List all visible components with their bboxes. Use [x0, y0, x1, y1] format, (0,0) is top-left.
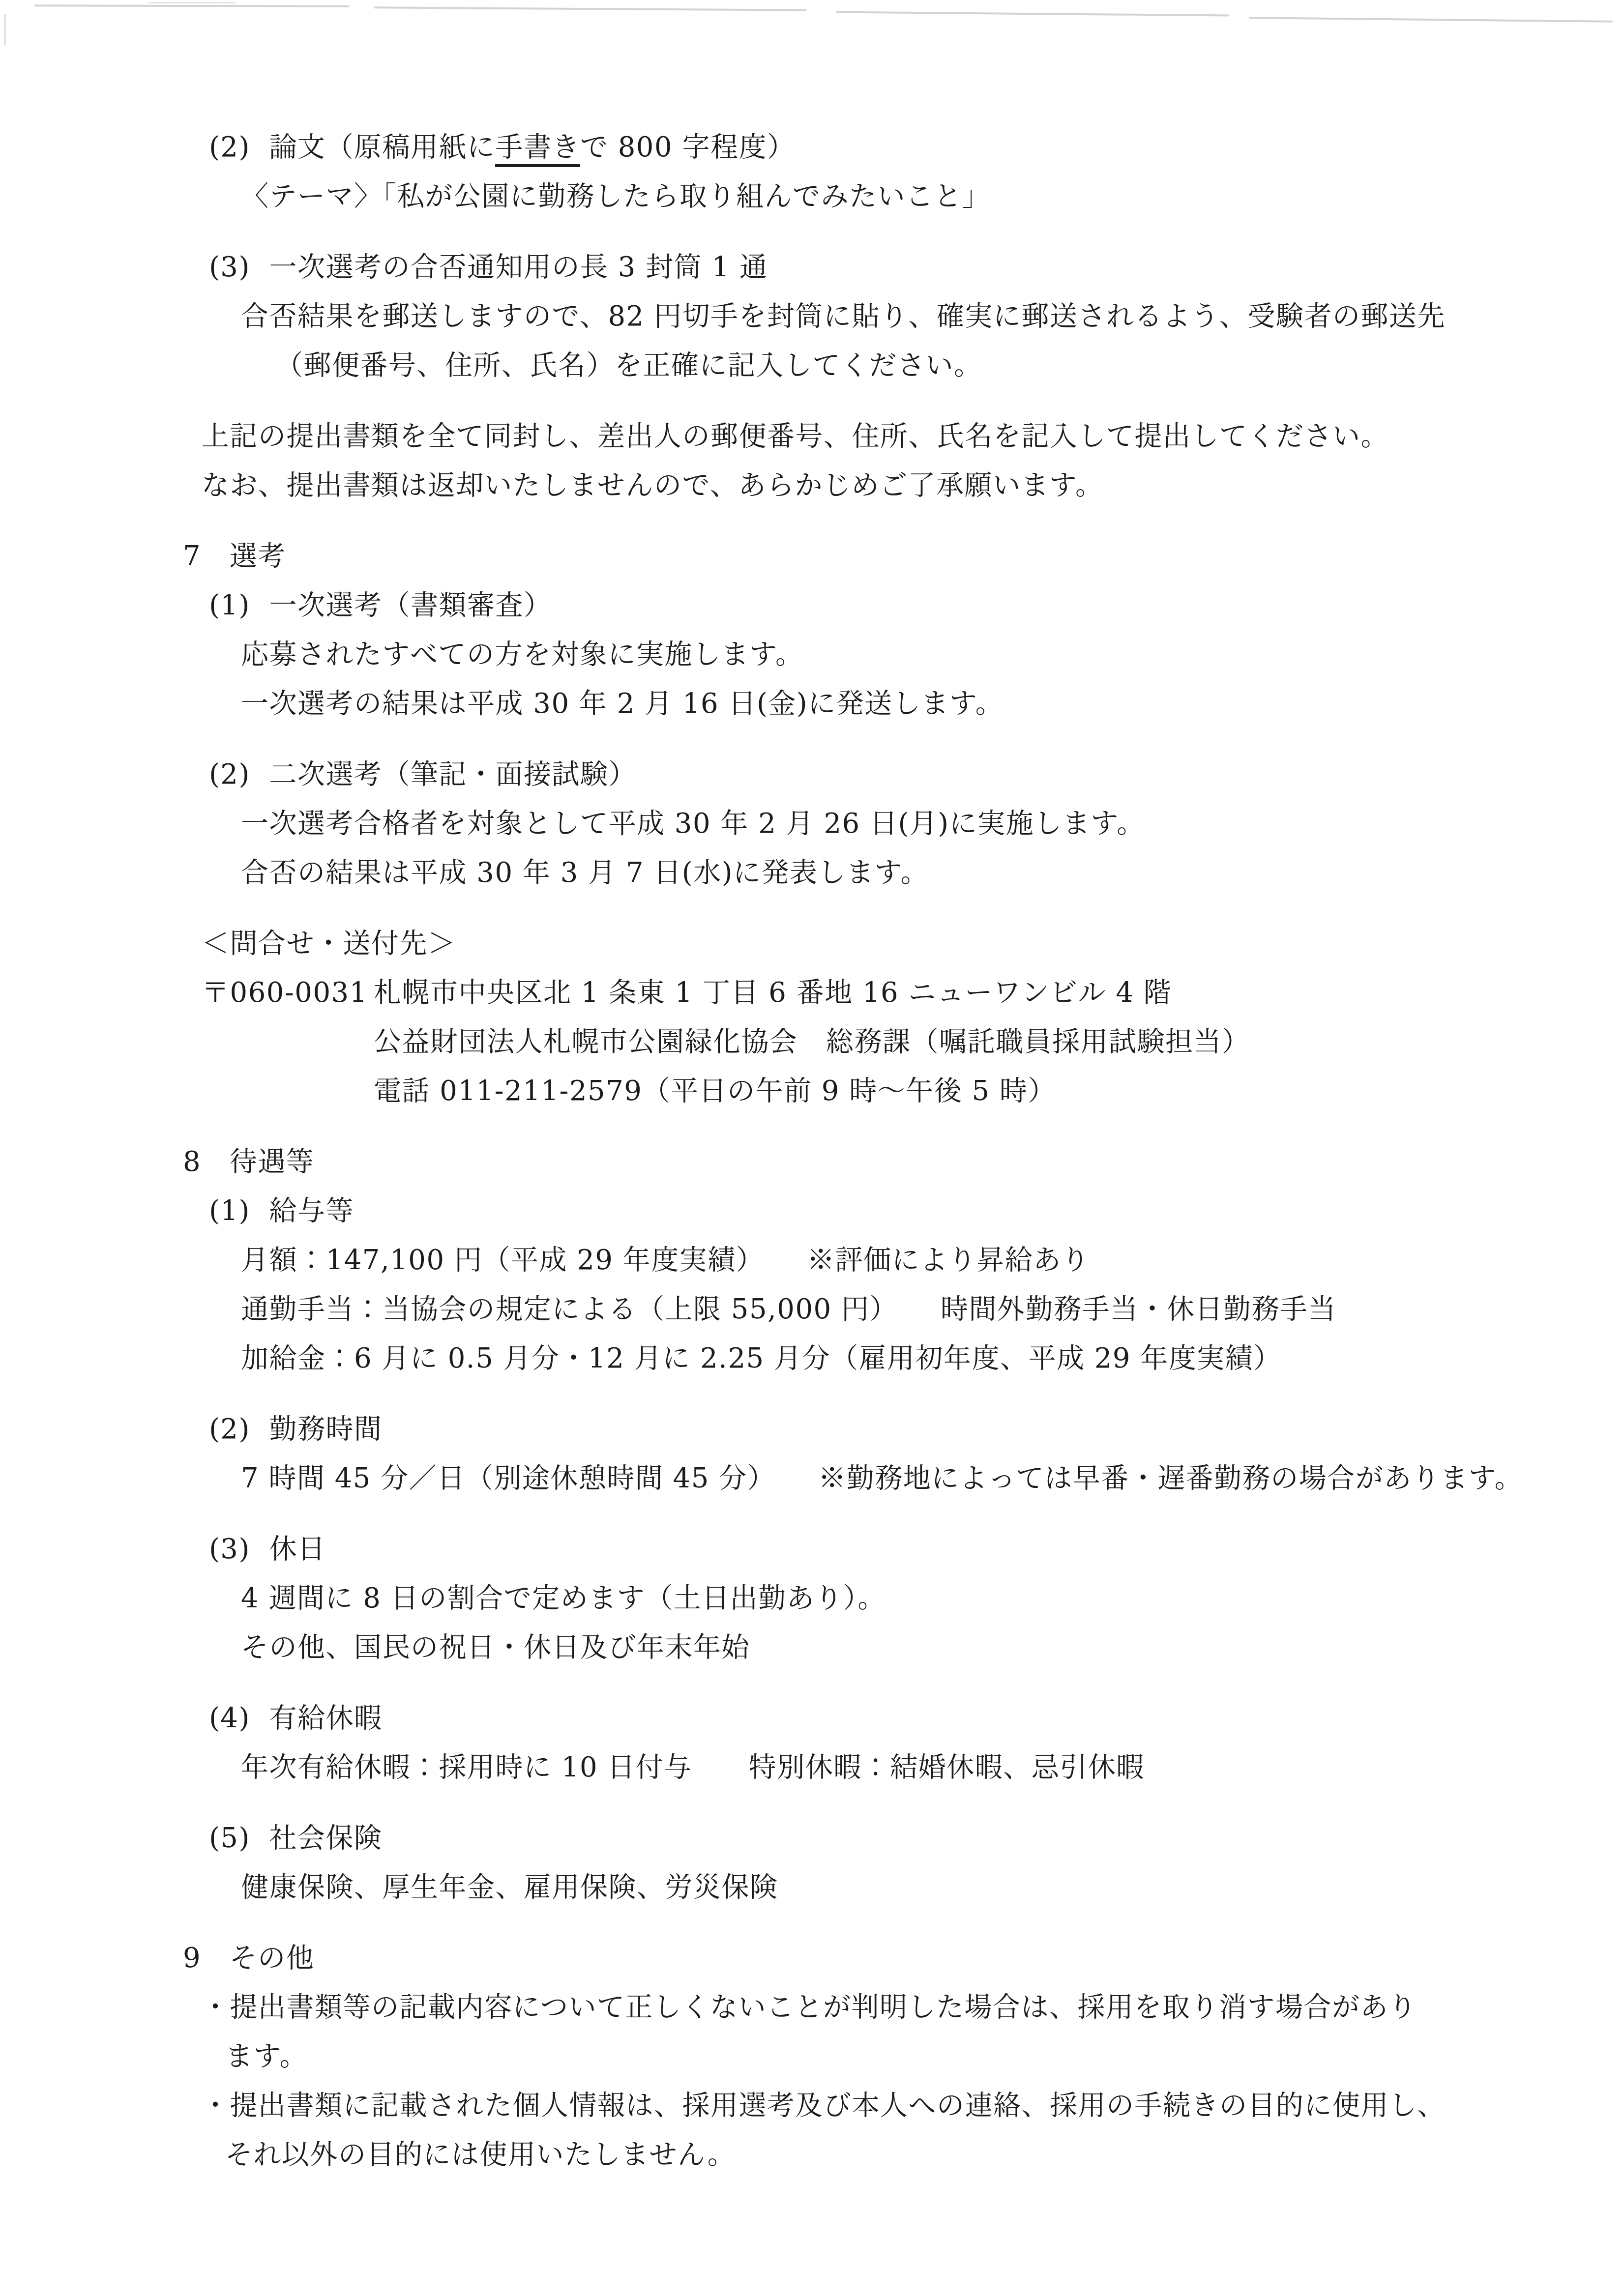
- notes-line: ・提出書類に記載された個人情報は、採用選考及び本人への連絡、採用の手続きの目的に…: [0, 2081, 1624, 2130]
- text-run: (2) 勤務時間: [209, 1413, 382, 1445]
- social-insurance-line: 健康保険、厚生年金、雇用保険、労災保険: [0, 1863, 1624, 1912]
- text-run: 一次選考の結果は平成 30 年 2 月 16 日(金)に発送します。: [241, 688, 1004, 720]
- text-run: 電話 011-211-2579（平日の午前 9 時～午後 5 時）: [374, 1075, 1056, 1107]
- text-run: (1) 一次選考（書類審査）: [209, 589, 552, 621]
- text-run: その他、国民の祝日・休日及び年末年始: [241, 1631, 750, 1663]
- social-insurance: (5) 社会保険健康保険、厚生年金、雇用保険、労災保険: [0, 1814, 1624, 1912]
- text-run: 合否結果を郵送しますので、82 円切手を封筒に貼り、確実に郵送されるよう、受験者…: [241, 300, 1446, 332]
- text-run: 9 その他: [183, 1942, 314, 1974]
- envelope-item: (3) 一次選考の合否通知用の長 3 封筒 1 通合否結果を郵送しますので、82…: [0, 243, 1624, 390]
- section-9-other: 9 その他: [0, 1934, 1624, 1983]
- text-run: 7 時間 45 分／日（別途休憩時間 45 分） ※勤務地によっては早番・遅番勤…: [241, 1462, 1523, 1494]
- contact-line: 電話 011-211-2579（平日の午前 9 時～午後 5 時）: [0, 1067, 1624, 1116]
- envelope-item-line: 合否結果を郵送しますので、82 円切手を封筒に貼り、確実に郵送されるよう、受験者…: [0, 292, 1624, 341]
- text-run: 加給金：6 月に 0.5 月分・12 月に 2.25 月分（雇用初年度、平成 2…: [241, 1342, 1282, 1374]
- text-run: (5) 社会保険: [209, 1822, 382, 1854]
- social-insurance-line: (5) 社会保険: [0, 1814, 1624, 1863]
- first-selection: (1) 一次選考（書類審査）応募されたすべての方を対象に実施します。一次選考の結…: [0, 581, 1624, 728]
- envelope-item-line: （郵便番号、住所、氏名）を正確に記入してください。: [0, 341, 1624, 390]
- text-run: ます。: [225, 2040, 308, 2072]
- notes-line: ・提出書類等の記載内容について正しくないことが判明した場合は、採用を取り消す場合…: [0, 1983, 1624, 2032]
- second-selection-line: (2) 二次選考（筆記・面接試験）: [0, 750, 1624, 799]
- text-run: 札幌市中央区北 1 条東 1 丁目 6 番地 16 ニューワンビル 4 階: [374, 977, 1172, 1009]
- submission-note-line: 上記の提出書類を全て同封し、差出人の郵便番号、住所、氏名を記入して提出してくださ…: [0, 412, 1624, 461]
- paid-leave-line: (4) 有給休暇: [0, 1694, 1624, 1743]
- scan-artifact-left-edge: [4, 14, 6, 45]
- text-run: ・提出書類等の記載内容について正しくないことが判明した場合は、採用を取り消す場合…: [202, 1991, 1417, 2023]
- text-run: 一次選考合格者を対象として平成 30 年 2 月 26 日(月)に実施します。: [241, 808, 1145, 840]
- text-run: 健康保険、厚生年金、雇用保険、労災保険: [241, 1871, 778, 1903]
- second-selection-line: 合否の結果は平成 30 年 3 月 7 日(水)に発表します。: [0, 848, 1624, 898]
- working-hours: (2) 勤務時間7 時間 45 分／日（別途休憩時間 45 分） ※勤務地によっ…: [0, 1405, 1624, 1503]
- submission-note: 上記の提出書類を全て同封し、差出人の郵便番号、住所、氏名を記入して提出してくださ…: [0, 412, 1624, 510]
- working-hours-line: 7 時間 45 分／日（別途休憩時間 45 分） ※勤務地によっては早番・遅番勤…: [0, 1454, 1624, 1503]
- scanned-document-page: (2) 論文（原稿用紙に手書きで 800 字程度）〈テーマ〉「私が公園に勤務した…: [0, 0, 1624, 2296]
- text-run: 〈テーマ〉「私が公園に勤務したら取り組んでみたいこと」: [241, 180, 991, 212]
- section-8-treatment-line: 8 待遇等: [0, 1137, 1624, 1187]
- second-selection: (2) 二次選考（筆記・面接試験）一次選考合格者を対象として平成 30 年 2 …: [0, 750, 1624, 898]
- contact: ＜問合せ・送付先＞〒060-0031札幌市中央区北 1 条東 1 丁目 6 番地…: [0, 919, 1624, 1116]
- first-selection-line: 応募されたすべての方を対象に実施します。: [0, 630, 1624, 679]
- contact-line: ＜問合せ・送付先＞: [0, 919, 1624, 968]
- text-run: 7 選考: [183, 540, 286, 572]
- text-run: 応募されたすべての方を対象に実施します。: [241, 639, 803, 670]
- first-selection-line: 一次選考の結果は平成 30 年 2 月 16 日(金)に発送します。: [0, 679, 1624, 728]
- text-run: 〒060-0031: [202, 968, 374, 1017]
- salary-line: 加給金：6 月に 0.5 月分・12 月に 2.25 月分（雇用初年度、平成 2…: [0, 1334, 1624, 1383]
- text-run: 通勤手当：当協会の規定による（上限 55,000 円） 時間外勤務手当・休日勤務…: [241, 1293, 1336, 1325]
- section-8-treatment: 8 待遇等: [0, 1137, 1624, 1187]
- document-body: (2) 論文（原稿用紙に手書きで 800 字程度）〈テーマ〉「私が公園に勤務した…: [0, 0, 1624, 2180]
- working-hours-line: (2) 勤務時間: [0, 1405, 1624, 1454]
- notes-line: それ以外の目的には使用いたしません。: [0, 2130, 1624, 2180]
- text-run: 8 待遇等: [183, 1146, 314, 1178]
- text-run: (4) 有給休暇: [209, 1702, 382, 1734]
- text-run: なお、提出書類は返却いたしませんので、あらかじめご了承願います。: [202, 469, 1103, 501]
- section-9-other-line: 9 その他: [0, 1934, 1624, 1983]
- essay-item-line: (2) 論文（原稿用紙に手書きで 800 字程度）: [0, 123, 1624, 172]
- notes-line: ます。: [0, 2032, 1624, 2081]
- contact-line: 〒060-0031札幌市中央区北 1 条東 1 丁目 6 番地 16 ニューワン…: [0, 968, 1624, 1017]
- text-run: それ以外の目的には使用いたしません。: [225, 2139, 736, 2171]
- submission-note-line: なお、提出書類は返却いたしませんので、あらかじめご了承願います。: [0, 461, 1624, 510]
- paid-leave: (4) 有給休暇年次有給休暇：採用時に 10 日付与 特別休暇：結婚休暇、忌引休…: [0, 1694, 1624, 1792]
- salary-line: (1) 給与等: [0, 1187, 1624, 1236]
- text-run: (3) 休日: [209, 1533, 325, 1565]
- envelope-item-line: (3) 一次選考の合否通知用の長 3 封筒 1 通: [0, 243, 1624, 292]
- holidays-line: (3) 休日: [0, 1525, 1624, 1574]
- notes: ・提出書類等の記載内容について正しくないことが判明した場合は、採用を取り消す場合…: [0, 1983, 1624, 2180]
- text-run: 公益財団法人札幌市公園緑化協会 総務課（嘱託職員採用試験担当）: [374, 1026, 1250, 1058]
- salary: (1) 給与等月額：147,100 円（平成 29 年度実績） ※評価により昇給…: [0, 1187, 1624, 1383]
- text-run: (2) 論文（原稿用紙に: [209, 131, 495, 163]
- section-7-selection-line: 7 選考: [0, 532, 1624, 581]
- contact-line: 公益財団法人札幌市公園緑化協会 総務課（嘱託職員採用試験担当）: [0, 1017, 1624, 1067]
- holidays-line: その他、国民の祝日・休日及び年末年始: [0, 1623, 1624, 1672]
- text-run: (2) 二次選考（筆記・面接試験）: [209, 758, 637, 790]
- text-run: (3) 一次選考の合否通知用の長 3 封筒 1 通: [209, 251, 768, 283]
- scan-artifact-top: [148, 2, 236, 3]
- holidays-line: 4 週間に 8 日の割合で定めます（土日出勤あり）。: [0, 1574, 1624, 1623]
- salary-line: 通勤手当：当協会の規定による（上限 55,000 円） 時間外勤務手当・休日勤務…: [0, 1285, 1624, 1334]
- underlined-text: 手書き: [495, 131, 580, 167]
- first-selection-line: (1) 一次選考（書類審査）: [0, 581, 1624, 630]
- text-run: （郵便番号、住所、氏名）を正確に記入してください。: [275, 349, 982, 381]
- text-run: ・提出書類に記載された個人情報は、採用選考及び本人への連絡、採用の手続きの目的に…: [202, 2090, 1446, 2122]
- second-selection-line: 一次選考合格者を対象として平成 30 年 2 月 26 日(月)に実施します。: [0, 799, 1624, 848]
- text-run: (1) 給与等: [209, 1195, 354, 1227]
- essay-item: (2) 論文（原稿用紙に手書きで 800 字程度）〈テーマ〉「私が公園に勤務した…: [0, 123, 1624, 221]
- section-7-selection: 7 選考: [0, 532, 1624, 581]
- text-run: 上記の提出書類を全て同封し、差出人の郵便番号、住所、氏名を記入して提出してくださ…: [202, 420, 1389, 452]
- text-run: 4 週間に 8 日の割合で定めます（土日出勤あり）。: [241, 1582, 886, 1614]
- text-run: ＜問合せ・送付先＞: [202, 928, 456, 959]
- text-run: 年次有給休暇：採用時に 10 日付与 特別休暇：結婚休暇、忌引休暇: [241, 1751, 1145, 1783]
- text-run: 合否の結果は平成 30 年 3 月 7 日(水)に発表します。: [241, 857, 929, 889]
- holidays: (3) 休日4 週間に 8 日の割合で定めます（土日出勤あり）。その他、国民の祝…: [0, 1525, 1624, 1672]
- salary-line: 月額：147,100 円（平成 29 年度実績） ※評価により昇給あり: [0, 1236, 1624, 1285]
- essay-item-line: 〈テーマ〉「私が公園に勤務したら取り組んでみたいこと」: [0, 172, 1624, 221]
- text-run: で 800 字程度）: [580, 131, 796, 163]
- paid-leave-line: 年次有給休暇：採用時に 10 日付与 特別休暇：結婚休暇、忌引休暇: [0, 1743, 1624, 1792]
- text-run: 月額：147,100 円（平成 29 年度実績） ※評価により昇給あり: [241, 1244, 1090, 1276]
